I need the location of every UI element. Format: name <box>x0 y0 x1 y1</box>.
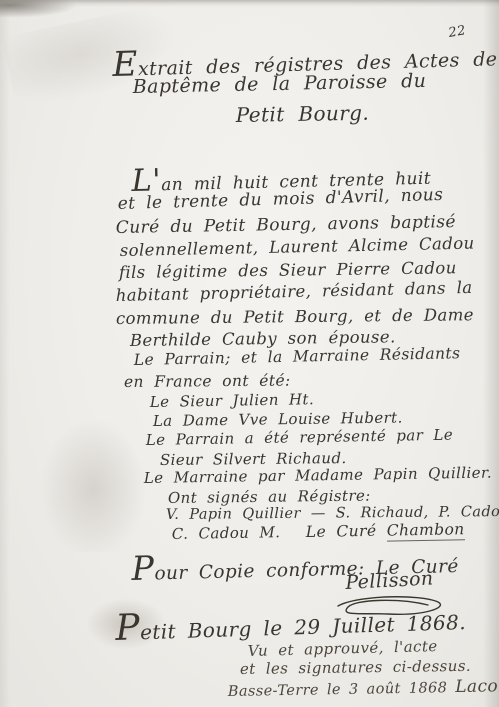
body-line-7: commune du Petit Bourg, et de Dame <box>116 305 474 328</box>
body-line-4: solennellement, Laurent Alcime Cadou <box>120 234 475 260</box>
cure-prefix: Le Curé <box>306 522 377 541</box>
scan-shadow-right <box>483 0 499 707</box>
body-line-16: Ont signés au Régistre: <box>168 487 371 507</box>
signature: Pellisson <box>345 567 434 594</box>
body-line-11: Le Sieur Julien Ht. <box>150 390 315 411</box>
scan-smudge-corner <box>0 0 78 18</box>
footer-signature-name: Lacombe, <box>455 676 499 698</box>
scan-smudge-left-margin <box>36 412 151 552</box>
body-line-18: C. Cadou M. <box>172 523 281 543</box>
approval-line-2: et les signatures ci-dessus. <box>240 657 471 678</box>
footer-place-date: Basse-Terre le 3 août 1868 <box>228 680 448 700</box>
scan-shadow-left <box>0 0 10 707</box>
body-line-10: en France ont été: <box>124 372 291 391</box>
title-line-2: Baptême de la Paroisse du <box>133 70 427 98</box>
title-line-3: Petit Bourg. <box>236 101 370 127</box>
scan-edge-top <box>0 0 499 7</box>
cure-name: Chambon <box>387 520 465 541</box>
body-line-6: habitant propriétaire, résidant dans la <box>116 278 473 305</box>
cure-signature-line: Le Curé Chambon <box>306 520 465 541</box>
scanned-baptism-record-page: 22 Extrait des régistres des Actes de Ba… <box>0 0 499 707</box>
approval-line-1: Vu et approuvé, l'acte <box>248 637 438 660</box>
footer-line: Basse-Terre le 3 août 1868 Lacombe, Vic.… <box>228 674 499 701</box>
